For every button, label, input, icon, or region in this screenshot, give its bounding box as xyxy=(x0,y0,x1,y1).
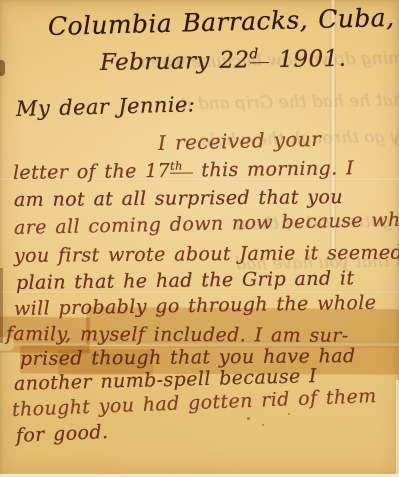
tape-stain xyxy=(86,307,399,347)
bleedthrough-text: plain that he had the Grip and it xyxy=(180,90,399,115)
date-day: February 22 xyxy=(100,47,250,76)
edge-stain xyxy=(0,60,5,76)
tape-stain xyxy=(58,349,153,375)
letter-line: you first wrote about Jamie it seemed xyxy=(14,242,399,267)
ink-speck xyxy=(247,417,250,420)
line17-prefix: letter of the 17 xyxy=(13,160,170,184)
letter-place-line: Columbia Barracks, Cuba, xyxy=(48,3,395,41)
scanned-letter-page: are all coming down now because when pla… xyxy=(0,0,399,477)
letter-opening-line: I received your xyxy=(158,127,322,155)
letter-salutation: My dear Jennie: xyxy=(16,92,196,121)
letter-line: are all coming down now because when xyxy=(14,208,399,239)
letter-line: for good. xyxy=(16,421,109,447)
date-year: 1901. xyxy=(269,46,347,73)
letter-date-line: February 22d 1901. xyxy=(100,46,347,76)
letter-line: am not at all surprised that you xyxy=(14,186,343,211)
ink-speck xyxy=(288,413,290,415)
line17-sup: th xyxy=(170,158,193,173)
ink-speck xyxy=(262,424,264,426)
line17-suffix: this morning. I xyxy=(193,157,354,181)
date-ordinal: d xyxy=(249,46,269,63)
